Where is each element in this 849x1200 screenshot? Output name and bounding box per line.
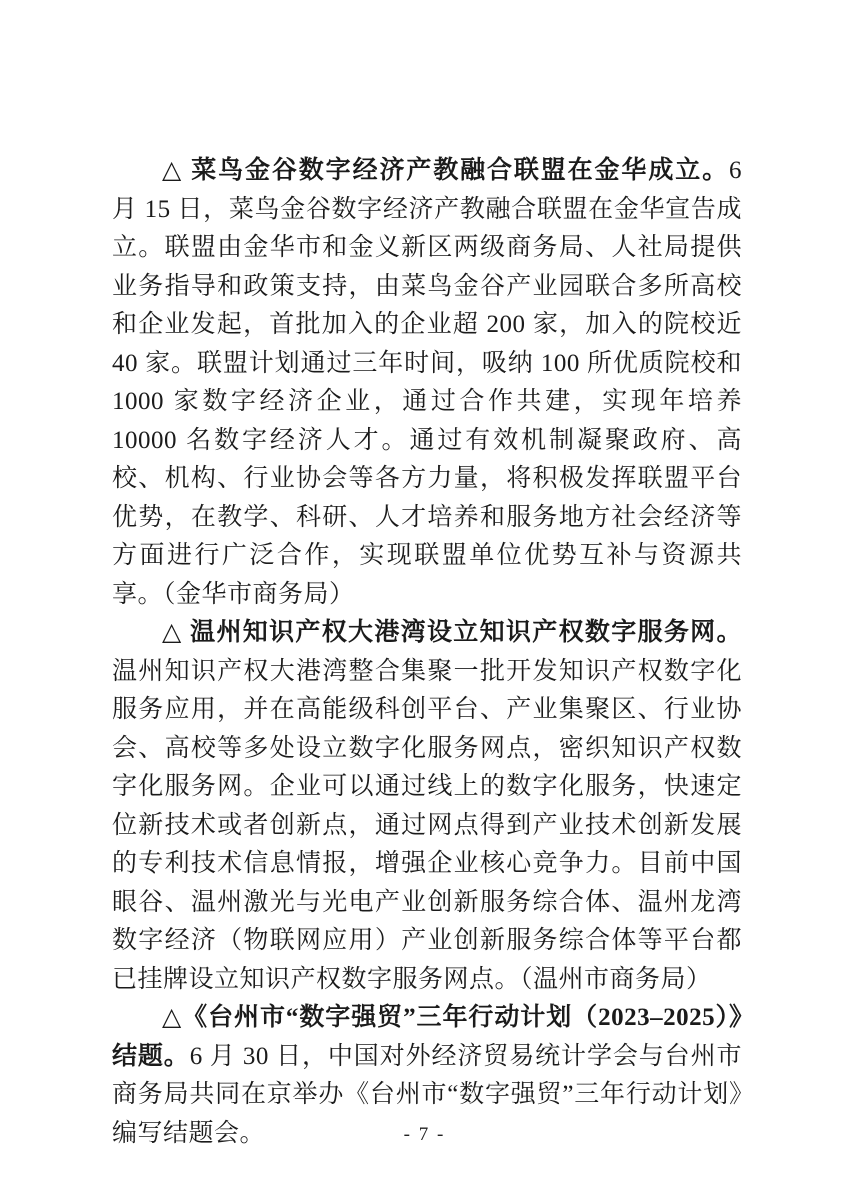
page-number: - 7 - [0, 1124, 849, 1146]
document-page: △ 菜鸟金谷数字经济产教融合联盟在金华成立。6 月 15 日，菜鸟金谷数字经济产… [0, 0, 849, 1200]
page-body-text: △ 菜鸟金谷数字经济产教融合联盟在金华成立。6 月 15 日，菜鸟金谷数字经济产… [112, 152, 742, 1153]
news-paragraph-2: △ 温州知识产权大港湾设立知识产权数字服务网。温州知识产权大港湾整合集聚一批开发… [112, 614, 742, 999]
triangle-bullet: △ [162, 157, 191, 184]
triangle-bullet: △ [162, 619, 190, 646]
news-paragraph-1: △ 菜鸟金谷数字经济产教融合联盟在金华成立。6 月 15 日，菜鸟金谷数字经济产… [112, 152, 742, 614]
paragraph-body: 6 月 15 日，菜鸟金谷数字经济产教融合联盟在金华宣告成立。联盟由金华市和金义… [112, 157, 742, 608]
paragraph-body: 温州知识产权大港湾整合集聚一批开发知识产权数字化服务应用，并在高能级科创平台、产… [112, 658, 742, 993]
triangle-bullet: △ [162, 1004, 182, 1031]
paragraph-heading: 菜鸟金谷数字经济产教融合联盟在金华成立。 [191, 157, 729, 184]
paragraph-heading: 温州知识产权大港湾设立知识产权数字服务网。 [190, 619, 742, 646]
